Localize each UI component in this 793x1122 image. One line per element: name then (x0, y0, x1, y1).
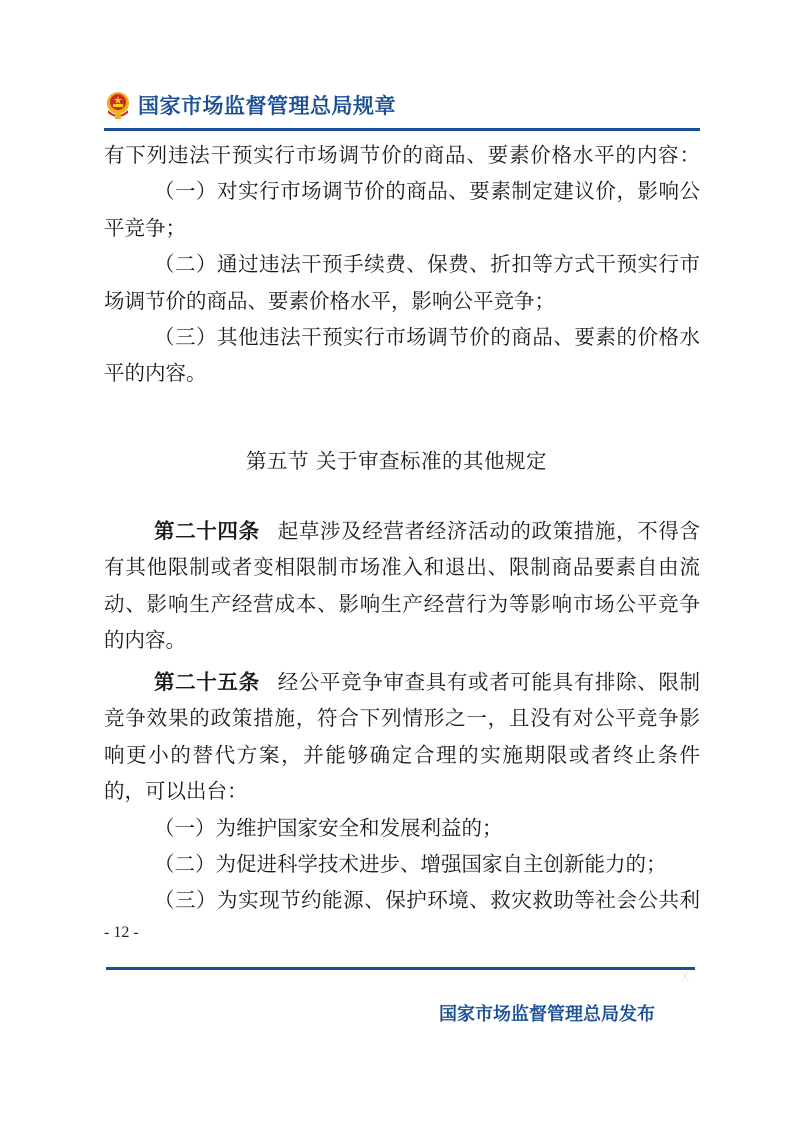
article-24-first-text: 起草涉及经营者经济活动的政策措施，不得含 (278, 519, 700, 543)
text-line: 竞争效果的政策措施，符合下列情形之一，且没有对公平竞争影 (104, 700, 700, 736)
page-header: 国家市场监督管理总局规章 (104, 88, 396, 122)
list-item-2: （二）为促进科学技术进步、增强国家自主创新能力的； (104, 846, 700, 882)
list-item-1-line: （一）对实行市场调节价的商品、要素制定建议价，影响公 (104, 173, 700, 209)
article-25: 第二十五条经公平竞争审查具有或者可能具有排除、限制 竞争效果的政策措施，符合下列… (104, 664, 700, 919)
article-25-label: 第二十五条 (154, 670, 260, 694)
article-24-label: 第二十四条 (154, 519, 260, 543)
article-25-first-line: 第二十五条经公平竞争审查具有或者可能具有排除、限制 (104, 664, 700, 700)
page-number: - 12 - (104, 924, 139, 942)
continued-article-text: 有下列违法干预实行市场调节价的商品、要素价格水平的内容： （一）对实行市场调节价… (104, 137, 700, 392)
text-line: 动、影响生产经营成本、影响生产经营行为等影响市场公平竞争 (104, 586, 700, 622)
list-item-3-line: （三）其他违法干预实行市场调节价的商品、要素的价格水 (104, 319, 700, 355)
text-line: 响更小的替代方案，并能够确定合理的实施期限或者终止条件 (104, 737, 700, 773)
header-divider (104, 128, 700, 131)
header-title: 国家市场监督管理总局规章 (138, 90, 396, 120)
list-item-1-line-cont: 平竞争； (104, 210, 700, 246)
list-item-3: （三）为实现节约能源、保护环境、救灾救助等社会公共利 (104, 882, 700, 918)
faint-mark: X (680, 970, 690, 986)
text-line: 的，可以出台： (104, 773, 700, 809)
article-24-first-line: 第二十四条起草涉及经营者经济活动的政策措施，不得含 (104, 513, 700, 549)
text-line: 有下列违法干预实行市场调节价的商品、要素价格水平的内容： (104, 137, 700, 173)
national-emblem-icon (104, 90, 132, 120)
section-heading: 第五节 关于审查标准的其他规定 (0, 444, 793, 474)
list-item-3-line-cont: 平的内容。 (104, 355, 700, 391)
list-item-1: （一）为维护国家安全和发展利益的； (104, 810, 700, 846)
article-24: 第二十四条起草涉及经营者经济活动的政策措施，不得含 有其他限制或者变相限制市场准… (104, 513, 700, 659)
list-item-2-line-cont: 场调节价的商品、要素价格水平，影响公平竞争； (104, 283, 700, 319)
text-line: 的内容。 (104, 622, 700, 658)
list-item-2-line: （二）通过违法干预手续费、保费、折扣等方式干预实行市 (104, 246, 700, 282)
footer-publisher: 国家市场监督管理总局发布 (439, 1000, 655, 1026)
text-line: 有其他限制或者变相限制市场准入和退出、限制商品要素自由流 (104, 549, 700, 585)
article-25-first-text: 经公平竞争审查具有或者可能具有排除、限制 (278, 670, 700, 694)
footer-divider (106, 967, 695, 970)
